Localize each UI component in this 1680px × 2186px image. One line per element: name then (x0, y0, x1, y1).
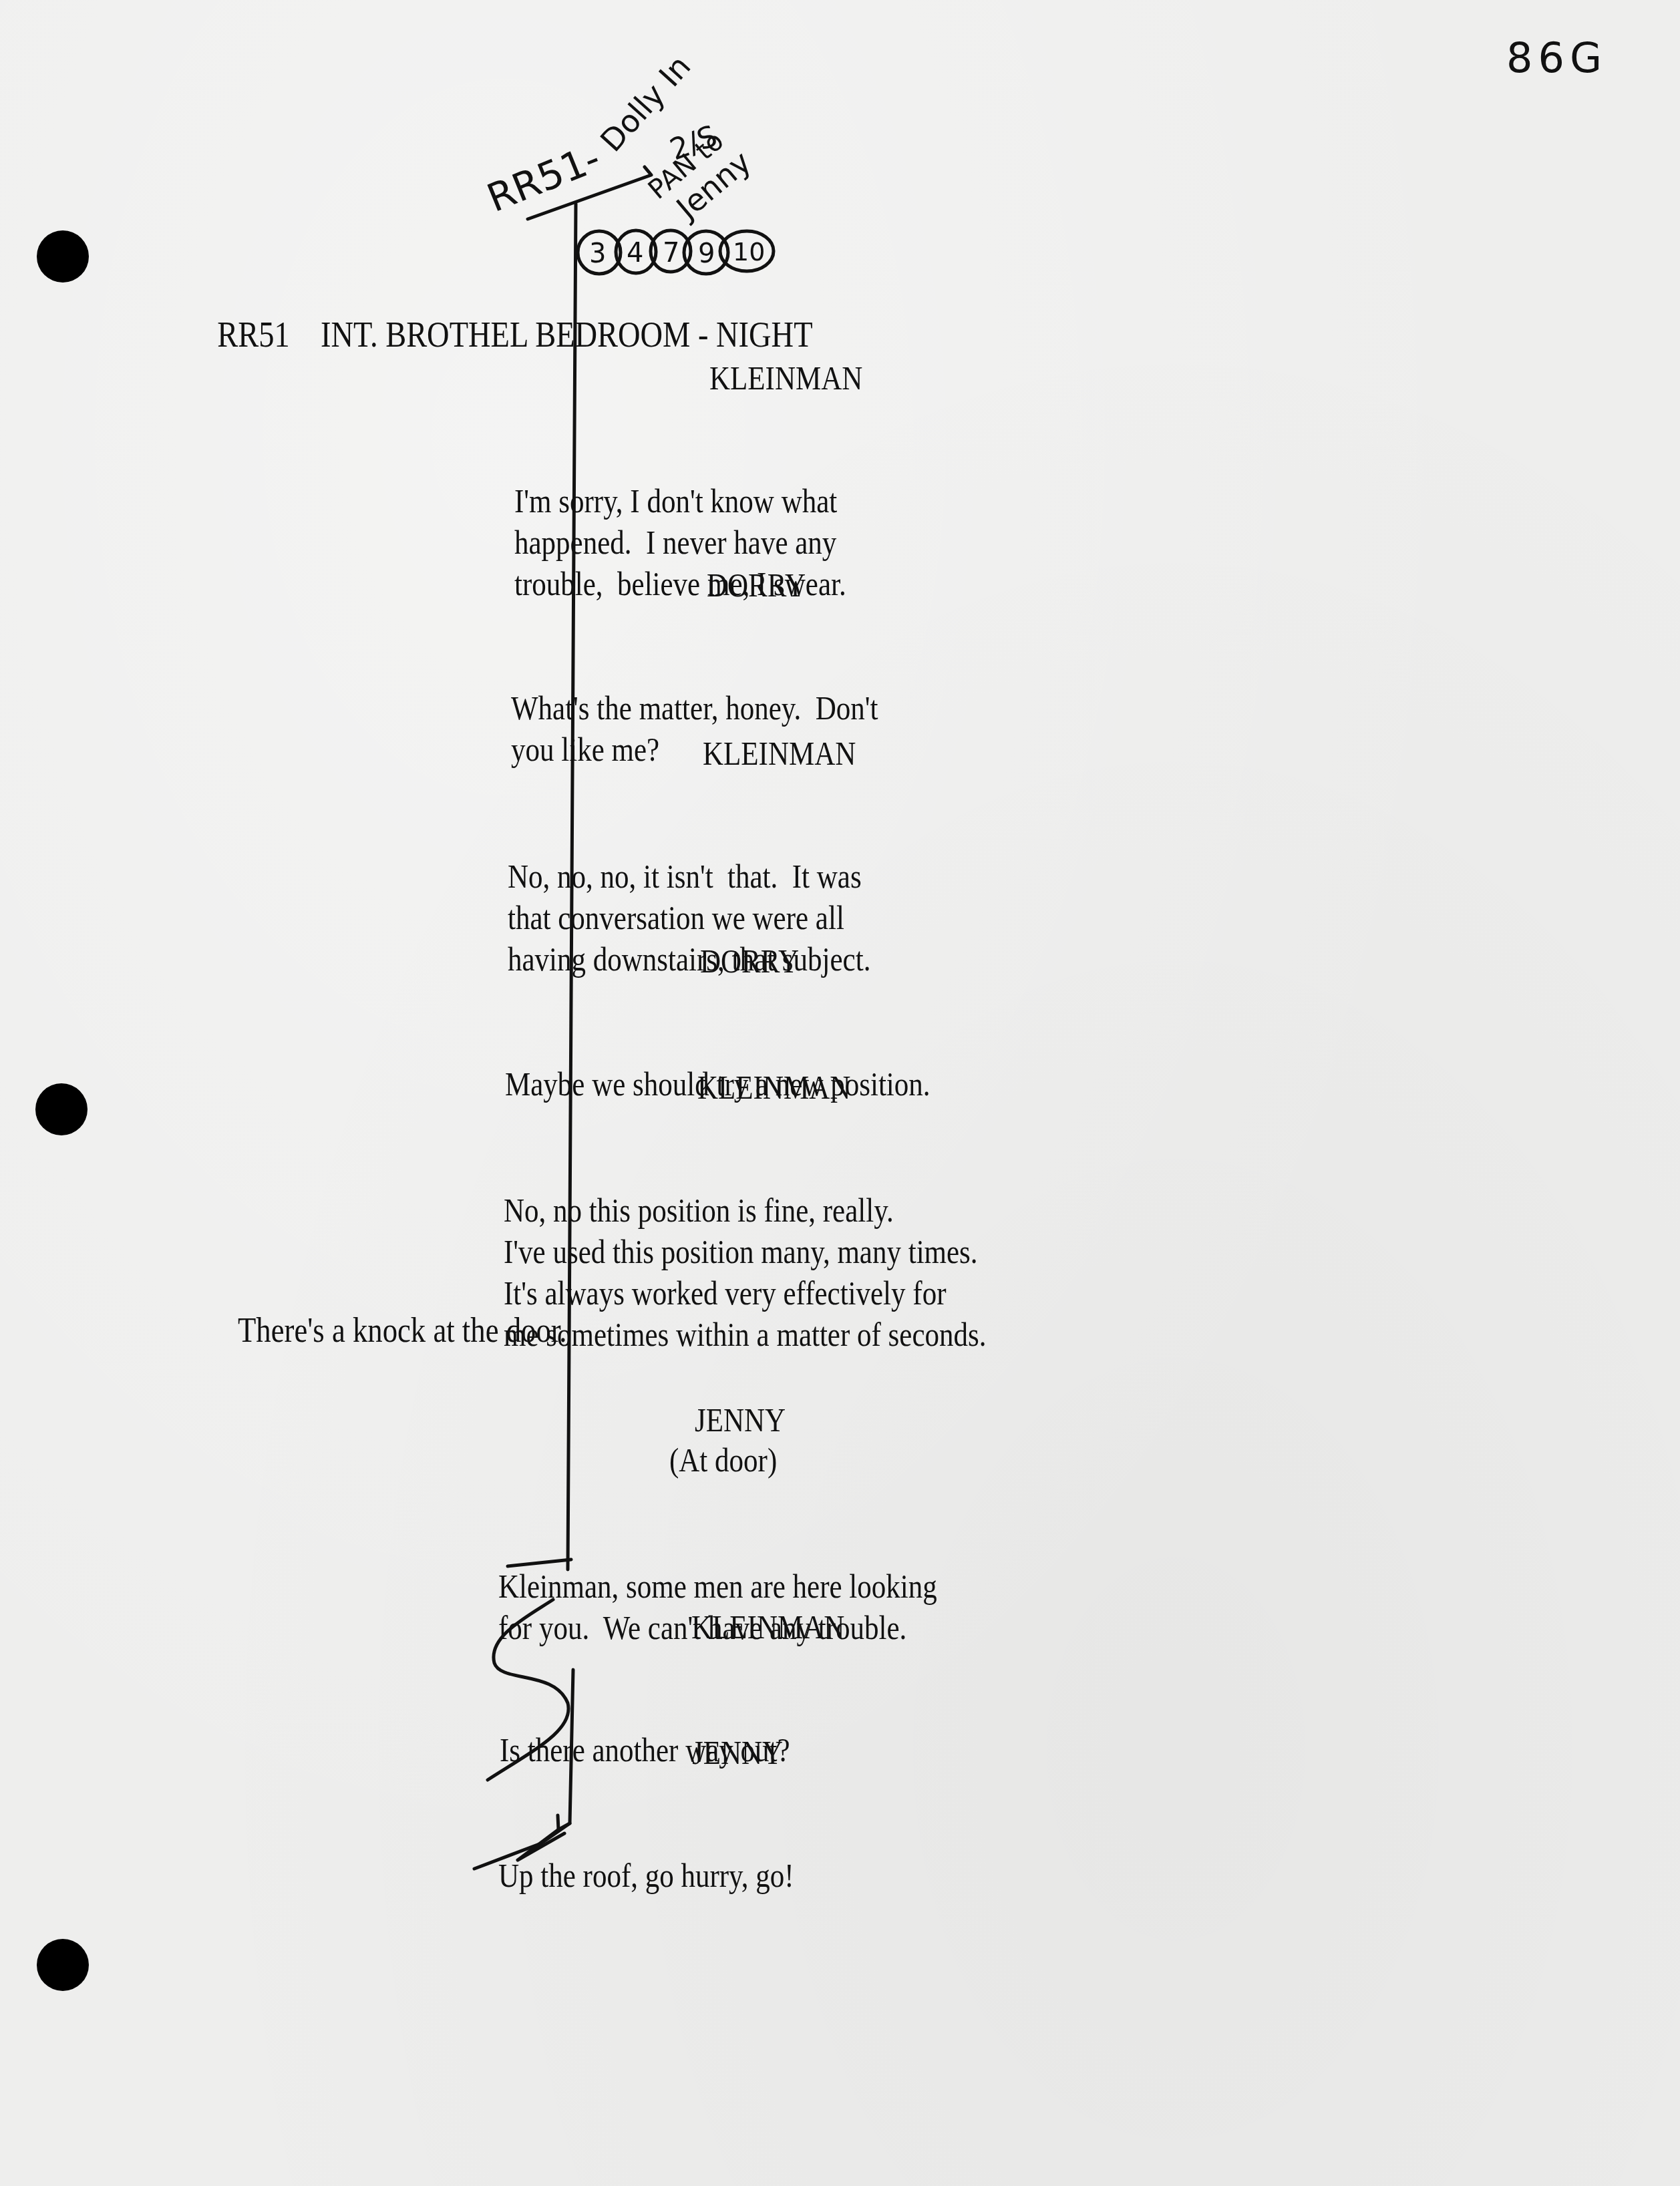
svg-text:10: 10 (733, 237, 765, 266)
character-name: JENNY (692, 1732, 783, 1773)
character-name: KLEINMAN (703, 733, 856, 774)
scene-label-handwritten: RR51- (481, 135, 607, 221)
character-name: KLEINMAN (691, 1606, 844, 1648)
parenthetical: (At door) (669, 1439, 777, 1481)
scene-number: RR51 (217, 314, 321, 355)
scene-heading: RR51INT. BROTHEL BEDROOM - NIGHT (202, 272, 813, 355)
svg-text:7: 7 (663, 238, 679, 268)
character-name: JENNY (695, 1399, 786, 1441)
character-name: DORRY (700, 940, 799, 982)
svg-text:9: 9 (698, 238, 715, 269)
dialogue: Up the roof, go hurry, go! (498, 1772, 794, 1938)
character-name: KLEINMAN (709, 357, 862, 399)
svg-text:3: 3 (589, 238, 606, 269)
character-name: DORRY (707, 564, 806, 606)
slugline: INT. BROTHEL BEDROOM - NIGHT (321, 315, 813, 355)
dialogue: No, no this position is fine, really.I'v… (504, 1107, 986, 1397)
svg-text:4: 4 (627, 238, 643, 268)
action-line: There's a knock at the door. (238, 1310, 566, 1352)
character-name: KLEINMAN (697, 1067, 850, 1108)
